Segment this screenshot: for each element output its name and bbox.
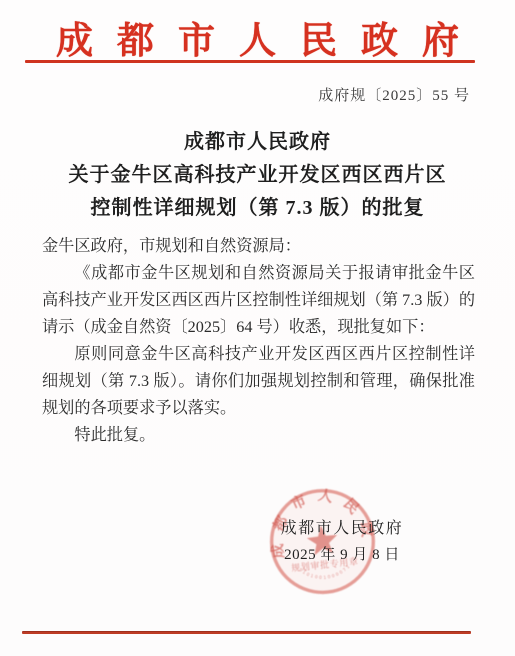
body-paragraph: 特此批复。 — [42, 422, 475, 449]
title-line-2: 关于金牛区高科技产业开发区西区西片区 — [0, 159, 515, 192]
title-line-1: 成都市人民政府 — [0, 126, 515, 159]
document-body: 金牛区政府，市规划和自然资源局： 《成都市金牛区规划和自然资源局关于报请审批金牛… — [42, 233, 475, 449]
signature-block: 成都市人民政府 2025 年 9 月 8 日 — [258, 516, 426, 568]
document-title: 成都市人民政府 关于金牛区高科技产业开发区西区西片区 控制性详细规划（第 7.3… — [0, 126, 515, 225]
doc-number: 成府规〔2025〕55 号 — [318, 84, 470, 105]
body-paragraph: 《成都市金牛区规划和自然资源局关于报请审批金牛区高科技产业开发区西区西片区控制性… — [42, 260, 475, 341]
masthead-title: 成都市人民政府 — [0, 10, 515, 64]
body-paragraph: 原则同意金牛区高科技产业开发区西区西片区控制性详细规划（第 7.3 版）。请你们… — [42, 341, 475, 422]
title-line-3: 控制性详细规划（第 7.3 版）的批复 — [0, 192, 515, 225]
signature-date: 2025 年 9 月 8 日 — [258, 542, 426, 568]
salutation: 金牛区政府，市规划和自然资源局： — [42, 233, 475, 260]
document-page: 成都市人民政府 成府规〔2025〕55 号 成都市人民政府 关于金牛区高科技产业… — [0, 0, 515, 656]
footer-rule — [22, 631, 471, 634]
signature-issuer: 成都市人民政府 — [258, 516, 426, 542]
masthead-rule — [25, 60, 475, 63]
